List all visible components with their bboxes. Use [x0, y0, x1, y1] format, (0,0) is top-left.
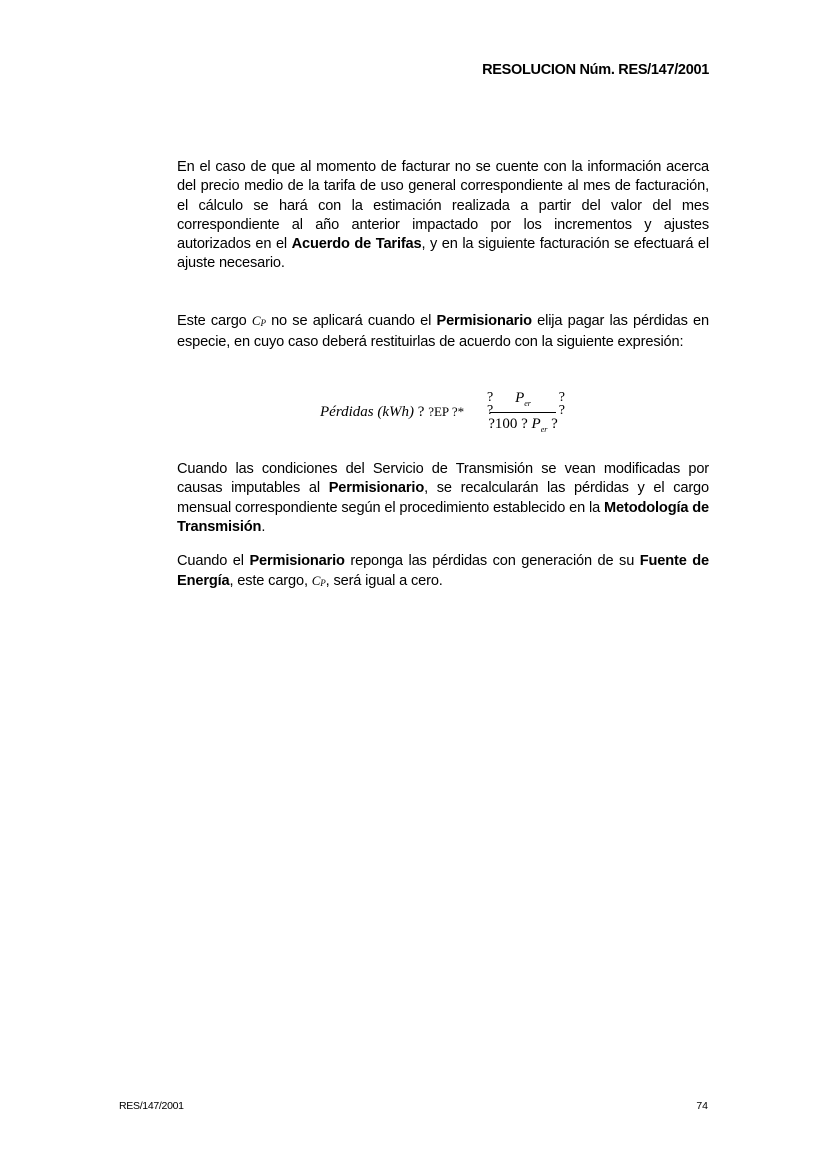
text: , será igual a cero. [326, 573, 443, 589]
paragraph-cp-exemption: Este cargo CP no se aplicará cuando el P… [177, 311, 709, 353]
term-permisionario: Permisionario [437, 313, 532, 329]
paragraph-recalculation: Cuando las condiciones del Servicio de T… [177, 460, 709, 537]
text: Cuando el [177, 553, 249, 569]
formula-lhs: Pérdidas (kWh) ? ?EP ?* [320, 404, 464, 421]
document-header: RESOLUCION Núm. RES/147/2001 [482, 62, 709, 78]
symbol-cp: CP [312, 573, 326, 588]
fraction-bar [490, 412, 556, 413]
text: no se aplicará cuando el [266, 313, 437, 329]
paragraph-energy-source: Cuando el Permisionario reponga las pérd… [177, 552, 709, 594]
text: , este cargo, [229, 573, 311, 589]
text: Este cargo [177, 313, 252, 329]
symbol-cp: CP [252, 313, 266, 328]
term-acuerdo-de-tarifas: Acuerdo de Tarifas [292, 236, 422, 252]
formula-numerator: Per [487, 390, 559, 408]
page-number: 74 [696, 1100, 708, 1112]
footer-document-id: RES/147/2001 [119, 1100, 184, 1112]
formula-denominator: ?100 ? Per ? [487, 416, 559, 434]
paragraph-billing-estimate: En el caso de que al momento de facturar… [177, 158, 709, 274]
text: reponga las pérdidas con generación de s… [345, 553, 640, 569]
term-permisionario: Permisionario [249, 553, 344, 569]
text: . [261, 519, 265, 535]
term-permisionario: Permisionario [329, 480, 424, 496]
losses-formula: Pérdidas (kWh) ? ?EP ?* ? ? ? ? Per ?100… [320, 390, 580, 440]
